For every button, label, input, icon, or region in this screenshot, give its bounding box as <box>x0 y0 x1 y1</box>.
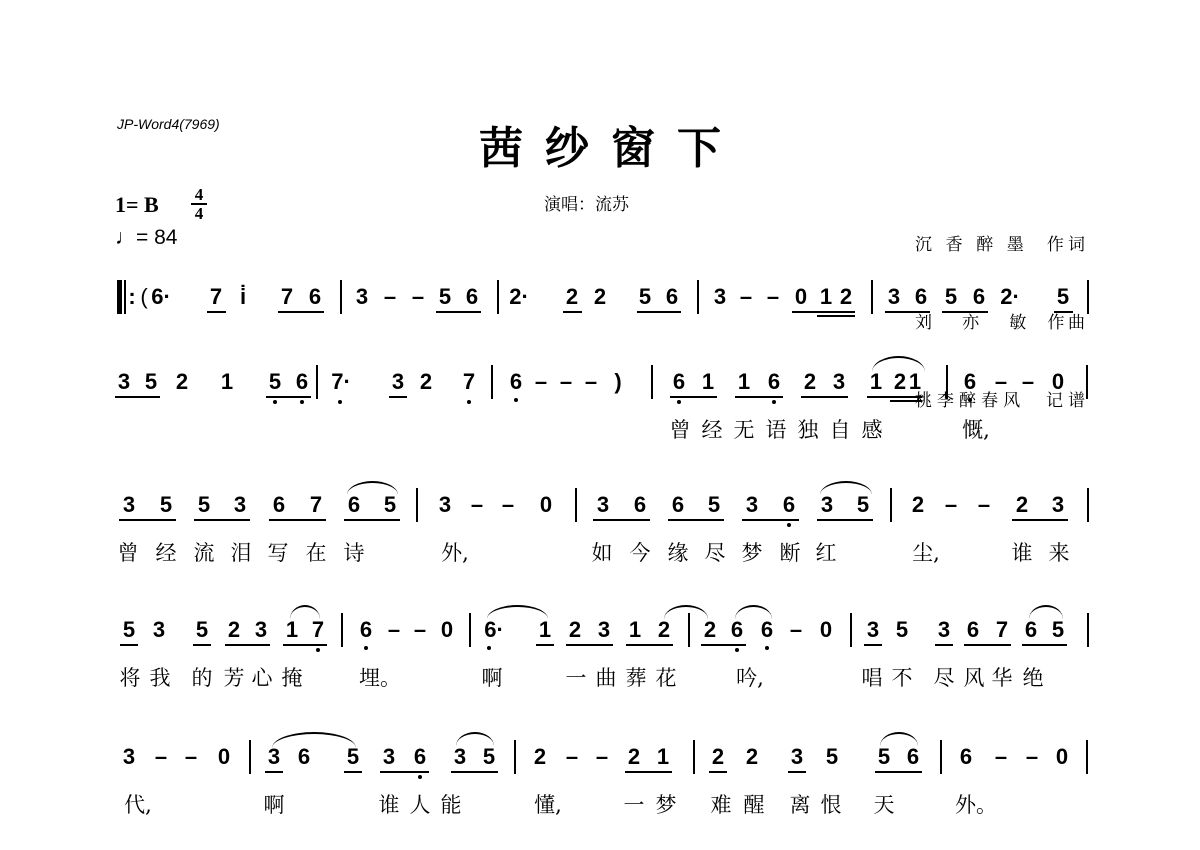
note: 7 <box>210 285 222 309</box>
note: 6 <box>1025 618 1037 642</box>
eighth-underline <box>875 771 922 773</box>
sustain-dash: – <box>995 745 1007 769</box>
note: 2 <box>804 370 816 394</box>
sustain-dash: – <box>566 745 578 769</box>
sustain-dash: – <box>585 370 597 394</box>
note: ) <box>614 370 621 394</box>
lyric-syllable: 尘, <box>912 541 940 565</box>
sustain-dash: – <box>560 370 572 394</box>
note: 3 <box>268 745 280 769</box>
eighth-underline <box>344 771 362 773</box>
note: 3 <box>123 745 135 769</box>
lyricist-credit: 沉 香 醉 墨 作词 <box>915 232 1085 258</box>
lyric-syllable: 缘 <box>668 541 689 565</box>
lyric-syllable: 谁 <box>1012 541 1033 565</box>
note: 3 <box>867 618 879 642</box>
bar-line <box>697 280 699 314</box>
slur-arc <box>456 732 494 746</box>
lyric-syllable: 尽 <box>705 541 726 565</box>
lyric-syllable: 难 <box>711 793 732 817</box>
note: 5 <box>439 285 451 309</box>
note: 3 <box>439 493 451 517</box>
note: 2 <box>712 745 724 769</box>
sustain-dash: – <box>1026 745 1038 769</box>
eighth-underline <box>709 771 727 773</box>
note: 3 <box>888 285 900 309</box>
note: 5 <box>196 618 208 642</box>
lyric-syllable: 唱 <box>862 666 883 690</box>
bar-line <box>491 365 493 399</box>
note: 6 <box>768 370 780 394</box>
low-octave-dot <box>300 400 304 404</box>
sustain-dash: – <box>155 745 167 769</box>
sustain-dash: – <box>995 370 1007 394</box>
repeat-start-thick-bar <box>117 280 122 314</box>
sustain-dash: – <box>535 370 547 394</box>
eighth-underline <box>935 644 953 646</box>
bar-line <box>890 488 892 522</box>
sustain-dash: – <box>471 493 483 517</box>
note: 6 <box>907 745 919 769</box>
lyric-syllable: 今 <box>630 541 651 565</box>
sustain-dash: – <box>767 285 779 309</box>
note: 7· <box>331 370 351 394</box>
bar-line <box>316 365 318 399</box>
eighth-underline <box>566 644 613 646</box>
credits-block: 沉 香 醉 墨 作词 刘 亦 敏 作曲 桃李醉春风 记谱 <box>915 180 1085 440</box>
bar-line <box>651 365 653 399</box>
note: 6 <box>634 493 646 517</box>
note: 1 <box>629 618 641 642</box>
note: 0 <box>441 618 453 642</box>
note: 3 <box>714 285 726 309</box>
lyric-syllable: 经 <box>702 418 723 442</box>
lyric-syllable: 独 <box>798 418 819 442</box>
sustain-dash: – <box>414 618 426 642</box>
note: 6 <box>783 493 795 517</box>
lyric-syllable: 谁 <box>379 793 400 817</box>
eighth-underline <box>115 396 160 398</box>
bar-line <box>416 488 418 522</box>
lyric-syllable: 感 <box>862 418 883 442</box>
sustain-dash: – <box>412 285 424 309</box>
note: 2 <box>658 618 670 642</box>
note: 3 <box>833 370 845 394</box>
note: 6· <box>151 285 171 309</box>
lyric-syllable: 埋。 <box>359 666 401 690</box>
bar-line <box>1087 613 1089 647</box>
eighth-underline <box>536 644 554 646</box>
lyric-syllable: 自 <box>830 418 851 442</box>
lyric-syllable: 懂, <box>534 793 562 817</box>
lyric-syllable: 外, <box>441 541 469 565</box>
lyric-syllable: 花 <box>656 666 677 690</box>
sustain-dash: – <box>502 493 514 517</box>
lyric-syllable: 经 <box>156 541 177 565</box>
note: 2· <box>509 285 529 309</box>
slur-arc <box>272 732 356 748</box>
lyric-syllable: 人 <box>410 793 431 817</box>
note: 1 <box>539 618 551 642</box>
note: 7 <box>463 370 475 394</box>
singer-credit: 演唱：流苏 <box>544 190 629 215</box>
bar-line <box>1087 280 1089 314</box>
time-signature-bottom: 4 <box>195 204 204 223</box>
lyric-syllable: 在 <box>306 541 327 565</box>
low-octave-dot <box>338 400 342 404</box>
note: 3 <box>383 745 395 769</box>
eighth-underline <box>278 311 324 313</box>
low-octave-dot <box>467 400 471 404</box>
note: 6 <box>731 618 743 642</box>
sustain-dash: – <box>790 618 802 642</box>
slur-arc <box>290 605 320 619</box>
eighth-underline <box>1054 311 1073 313</box>
note: 2 <box>704 618 716 642</box>
eighth-underline <box>269 519 326 521</box>
note: 6 <box>967 618 979 642</box>
tempo-value: = 84 <box>136 226 177 249</box>
eighth-underline <box>801 396 848 398</box>
note: 3 <box>123 493 135 517</box>
note: i̇ <box>240 285 246 309</box>
lyric-syllable: 如 <box>592 541 613 565</box>
note: 6 <box>672 493 684 517</box>
note: 6 <box>973 285 985 309</box>
note: 1 <box>820 285 832 309</box>
lyric-syllable: 泪 <box>231 541 252 565</box>
note: 5 <box>1052 618 1064 642</box>
lyric-syllable: 将 <box>120 666 141 690</box>
note: 5 <box>708 493 720 517</box>
lyric-syllable: 代, <box>124 793 152 817</box>
eighth-underline <box>451 771 498 773</box>
note: 6 <box>960 745 972 769</box>
bar-line <box>575 488 577 522</box>
lyric-syllable: 写 <box>268 541 289 565</box>
bar-line <box>341 613 343 647</box>
bar-line <box>497 280 499 314</box>
slur-arc <box>880 732 918 746</box>
lyric-syllable: 尽 <box>934 666 955 690</box>
sustain-dash: – <box>945 493 957 517</box>
time-signature-top: 4 <box>195 185 204 204</box>
eighth-underline <box>207 311 226 313</box>
note: 5 <box>896 618 908 642</box>
note: 6 <box>360 618 372 642</box>
eighth-underline <box>283 644 327 646</box>
bar-line <box>850 613 852 647</box>
note: 5 <box>269 370 281 394</box>
note: 3 <box>356 285 368 309</box>
note: 5 <box>878 745 890 769</box>
note: 0 <box>820 618 832 642</box>
lyric-syllable: 能 <box>441 793 462 817</box>
slur-arc <box>1029 605 1063 619</box>
bar-line <box>871 280 873 314</box>
eighth-underline <box>668 519 724 521</box>
open-parenthesis: ( <box>140 285 147 309</box>
note: 2 <box>628 745 640 769</box>
note: 6 <box>761 618 773 642</box>
note: 5 <box>1057 285 1069 309</box>
sixteenth-underline <box>817 315 855 317</box>
note: 6· <box>484 618 504 642</box>
note: 6 <box>673 370 685 394</box>
song-title: 茜纱窗下 <box>0 112 1200 176</box>
note: 1 <box>909 370 921 394</box>
low-octave-dot <box>316 648 320 652</box>
note: 0 <box>1056 745 1068 769</box>
bar-line <box>940 740 942 774</box>
sixteenth-underline <box>890 400 922 402</box>
low-octave-dot <box>765 646 769 650</box>
eighth-underline <box>563 311 582 313</box>
lyric-syllable: 吟, <box>736 666 764 690</box>
eighth-underline <box>735 396 783 398</box>
note: 2 <box>569 618 581 642</box>
slur-arc <box>820 481 872 495</box>
eighth-underline <box>792 311 855 313</box>
note: 3 <box>598 618 610 642</box>
eighth-underline <box>380 771 429 773</box>
lyric-syllable: 风 <box>964 666 985 690</box>
eighth-underline <box>867 396 922 398</box>
note: 6 <box>915 285 927 309</box>
note: 7 <box>281 285 293 309</box>
note: 6 <box>298 745 310 769</box>
sustain-dash: – <box>384 285 396 309</box>
bar-line <box>693 740 695 774</box>
key-signature: 1= B <box>115 192 159 218</box>
eighth-underline <box>193 644 211 646</box>
eighth-underline <box>964 644 1011 646</box>
note: 1 <box>221 370 233 394</box>
lyric-syllable: 慨, <box>962 418 990 442</box>
lyric-syllable: 外。 <box>955 793 997 817</box>
note: 3 <box>392 370 404 394</box>
lyric-syllable: 流 <box>194 541 215 565</box>
note: 5 <box>826 745 838 769</box>
note: 0 <box>1052 370 1064 394</box>
note: 2 <box>912 493 924 517</box>
time-signature: 4 4 <box>190 186 208 222</box>
eighth-underline <box>670 396 717 398</box>
note: 5 <box>160 493 172 517</box>
note: 5 <box>945 285 957 309</box>
sustain-dash: – <box>596 745 608 769</box>
eighth-underline <box>265 771 283 773</box>
lyric-syllable: 的 <box>192 666 213 690</box>
eighth-underline <box>194 519 250 521</box>
note: 2 <box>894 370 906 394</box>
eighth-underline <box>120 644 138 646</box>
note: 2· <box>1000 285 1020 309</box>
eighth-underline <box>1012 519 1068 521</box>
sustain-dash: – <box>1022 370 1034 394</box>
eighth-underline <box>344 519 400 521</box>
eighth-underline <box>625 771 672 773</box>
note: 2 <box>566 285 578 309</box>
note: 3 <box>255 618 267 642</box>
lyric-syllable: 醒 <box>744 793 765 817</box>
note: 3 <box>597 493 609 517</box>
sustain-dash: – <box>388 618 400 642</box>
low-octave-dot <box>968 398 972 402</box>
note: 6 <box>666 285 678 309</box>
key-signature-text: 1= B <box>115 192 159 217</box>
note: 7 <box>312 618 324 642</box>
eighth-underline <box>742 519 799 521</box>
note: 2 <box>840 285 852 309</box>
eighth-underline <box>817 519 873 521</box>
note: 5 <box>145 370 157 394</box>
note: 3 <box>118 370 130 394</box>
composer-credit: 刘 亦 敏 作曲 <box>915 310 1085 336</box>
lyric-syllable: 梦 <box>656 793 677 817</box>
note: 1 <box>738 370 750 394</box>
lyric-syllable: 掩 <box>282 666 303 690</box>
eighth-underline <box>864 644 882 646</box>
lyric-syllable: 语 <box>766 418 787 442</box>
repeat-colon: : <box>128 285 135 309</box>
lyric-syllable: 啊 <box>264 793 285 817</box>
eighth-underline <box>885 311 930 313</box>
lyric-syllable: 恨 <box>821 793 842 817</box>
bar-line <box>946 365 948 399</box>
bar-line <box>340 280 342 314</box>
note: 5 <box>857 493 869 517</box>
lyric-syllable: 红 <box>816 541 837 565</box>
note: 5 <box>639 285 651 309</box>
note: 1 <box>657 745 669 769</box>
bar-line <box>469 613 471 647</box>
note: 3 <box>821 493 833 517</box>
note: 0 <box>540 493 552 517</box>
note: 6 <box>296 370 308 394</box>
low-octave-dot <box>677 400 681 404</box>
low-octave-dot <box>364 646 368 650</box>
note: 6 <box>348 493 360 517</box>
sustain-dash: – <box>740 285 752 309</box>
note: 5 <box>384 493 396 517</box>
eighth-underline <box>266 396 311 398</box>
note: 3 <box>1052 493 1064 517</box>
low-octave-dot <box>487 646 491 650</box>
eighth-underline <box>593 519 650 521</box>
note: 7 <box>310 493 322 517</box>
note: 5 <box>347 745 359 769</box>
low-octave-dot <box>787 523 791 527</box>
slur-arc <box>735 605 772 619</box>
note: 6 <box>414 745 426 769</box>
lyric-syllable: 芳 <box>224 666 245 690</box>
note: 3 <box>153 618 165 642</box>
eighth-underline <box>788 771 806 773</box>
lyric-syllable: 一 <box>566 666 587 690</box>
slur-arc <box>487 605 548 619</box>
lyric-syllable: 来 <box>1049 541 1070 565</box>
note: 6 <box>309 285 321 309</box>
eighth-underline <box>637 311 681 313</box>
note: 2 <box>228 618 240 642</box>
lyric-syllable: 梦 <box>742 541 763 565</box>
low-octave-dot <box>772 400 776 404</box>
sustain-dash: – <box>185 745 197 769</box>
quarter-note-icon: ♩ <box>115 226 136 249</box>
eighth-underline <box>942 311 988 313</box>
low-octave-dot <box>273 400 277 404</box>
note: 3 <box>234 493 246 517</box>
note: 3 <box>454 745 466 769</box>
eighth-underline <box>225 644 270 646</box>
note: 2 <box>534 745 546 769</box>
lyric-syllable: 一 <box>624 793 645 817</box>
lyric-syllable: 华 <box>992 666 1013 690</box>
bar-line <box>249 740 251 774</box>
eighth-underline <box>1022 644 1067 646</box>
note: 7 <box>996 618 1008 642</box>
slur-arc <box>347 481 398 495</box>
bar-line <box>1086 740 1088 774</box>
eighth-underline <box>389 396 407 398</box>
note: 2 <box>746 745 758 769</box>
lyric-syllable: 曾 <box>670 418 691 442</box>
note: 6 <box>964 370 976 394</box>
eighth-underline <box>119 519 176 521</box>
lyric-syllable: 天 <box>874 793 895 817</box>
note: 2 <box>176 370 188 394</box>
lyric-syllable: 无 <box>734 418 755 442</box>
lyric-syllable: 离 <box>790 793 811 817</box>
note: 1 <box>286 618 298 642</box>
bar-line <box>514 740 516 774</box>
note: 2 <box>1016 493 1028 517</box>
note: 0 <box>795 285 807 309</box>
note: 6 <box>273 493 285 517</box>
repeat-start-thin-bar <box>124 280 126 314</box>
note: 0 <box>218 745 230 769</box>
lyric-syllable: 啊 <box>482 666 503 690</box>
lyric-syllable: 我 <box>150 666 171 690</box>
sustain-dash: – <box>978 493 990 517</box>
eighth-underline <box>436 311 481 313</box>
note: 6 <box>466 285 478 309</box>
note: 2 <box>594 285 606 309</box>
note: 3 <box>791 745 803 769</box>
lyric-syllable: 断 <box>780 541 801 565</box>
low-octave-dot <box>418 775 422 779</box>
eighth-underline <box>626 644 673 646</box>
lyric-syllable: 诗 <box>344 541 365 565</box>
note: 1 <box>702 370 714 394</box>
note: 5 <box>198 493 210 517</box>
eighth-underline <box>701 644 746 646</box>
low-octave-dot <box>514 398 518 402</box>
lyric-syllable: 葬 <box>626 666 647 690</box>
note: 6 <box>510 370 522 394</box>
lyric-syllable: 曾 <box>118 541 139 565</box>
bar-line <box>1087 488 1089 522</box>
note: 1 <box>870 370 882 394</box>
lyric-syllable: 绝 <box>1023 666 1044 690</box>
tempo-marking: ♩= 84 <box>115 226 177 250</box>
bar-line <box>1086 365 1088 399</box>
note: 3 <box>938 618 950 642</box>
note: 5 <box>483 745 495 769</box>
lyric-syllable: 心 <box>252 666 273 690</box>
lyric-syllable: 不 <box>892 666 913 690</box>
